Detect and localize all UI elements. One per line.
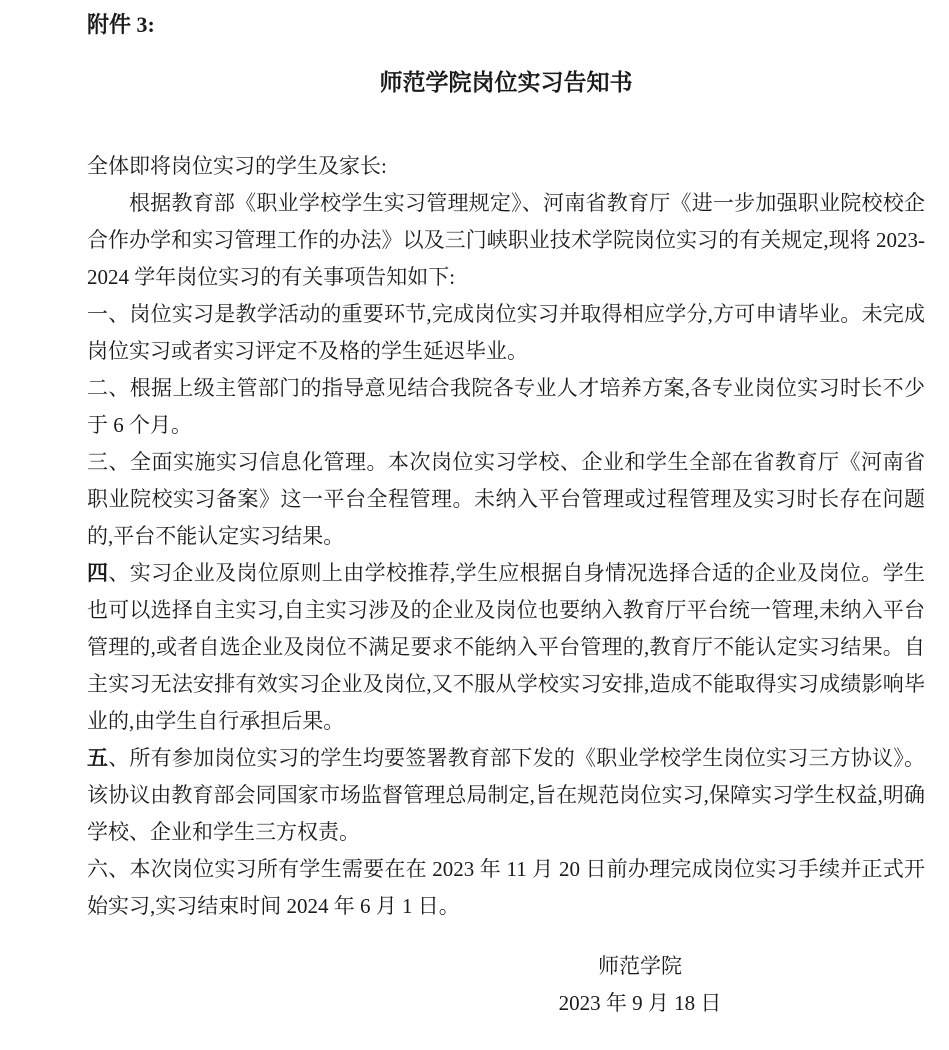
document-page: 附件 3: 师范学院岗位实习告知书 全体即将岗位实习的学生及家长: 根据教育部《… [0,0,949,1050]
item-2-paragraph: 二、根据上级主管部门的指导意见结合我院各专业人才培养方案,各专业岗位实习时长不少… [87,370,925,444]
signature-block: 师范学院 2023 年 9 月 18 日 [440,948,840,1022]
paragraph-lead: 五 [87,746,108,770]
paragraph-text: 、实习企业及岗位原则上由学校推荐,学生应根据自身情况选择合适的企业及岗位。学生也… [87,561,925,733]
item-6-paragraph: 六、本次岗位实习所有学生需要在在 2023 年 11 月 20 日前办理完成岗位… [87,851,925,925]
intro-paragraph: 根据教育部《职业学校学生实习管理规定》、河南省教育厅《进一步加强职业院校校企合作… [87,185,925,296]
attachment-label: 附件 3: [87,10,925,40]
item-1-paragraph: 一、岗位实习是教学活动的重要环节,完成岗位实习并取得相应学分,方可申请毕业。未完… [87,296,925,370]
paragraph-text: 一、岗位实习是教学活动的重要环节,完成岗位实习并取得相应学分,方可申请毕业。未完… [87,302,925,363]
salutation-line: 全体即将岗位实习的学生及家长: [87,148,925,185]
item-3-paragraph: 三、全面实施实习信息化管理。本次岗位实习学校、企业和学生全部在省教育厅《河南省职… [87,444,925,555]
document-body: 根据教育部《职业学校学生实习管理规定》、河南省教育厅《进一步加强职业院校校企合作… [87,185,925,925]
paragraph-lead: 四 [87,561,108,585]
document-content: 附件 3: 师范学院岗位实习告知书 全体即将岗位实习的学生及家长: 根据教育部《… [87,10,925,925]
paragraph-text: 六、本次岗位实习所有学生需要在在 2023 年 11 月 20 日前办理完成岗位… [87,857,925,918]
item-5-paragraph: 五、所有参加岗位实习的学生均要签署教育部下发的《职业学校学生岗位实习三方协议》。… [87,740,925,851]
signature-date: 2023 年 9 月 18 日 [440,985,840,1022]
signature-org: 师范学院 [440,948,840,985]
paragraph-text: 根据教育部《职业学校学生实习管理规定》、河南省教育厅《进一步加强职业院校校企合作… [87,191,925,289]
paragraph-text: 三、全面实施实习信息化管理。本次岗位实习学校、企业和学生全部在省教育厅《河南省职… [87,450,925,548]
document-title: 师范学院岗位实习告知书 [87,68,925,98]
paragraph-text: 、所有参加岗位实习的学生均要签署教育部下发的《职业学校学生岗位实习三方协议》。该… [87,746,925,844]
item-4-paragraph: 四、实习企业及岗位原则上由学校推荐,学生应根据自身情况选择合适的企业及岗位。学生… [87,555,925,740]
paragraph-text: 二、根据上级主管部门的指导意见结合我院各专业人才培养方案,各专业岗位实习时长不少… [87,376,925,437]
